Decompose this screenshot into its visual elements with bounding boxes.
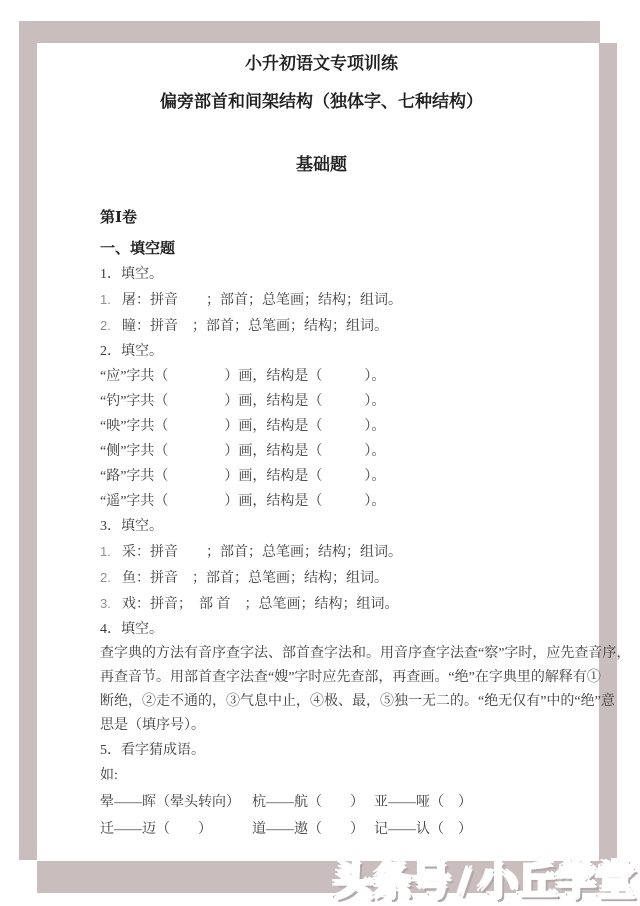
idiom-pair: 晕——晖（晕头转向）: [100, 795, 252, 810]
idiom-pair: 记——认（ ）: [374, 822, 543, 837]
q3-item-text: 戏：拼音； 部 首 ；总笔画；结构；组词。: [122, 597, 399, 612]
q3-item: 2.鱼：拼音 ；部首；总笔画；结构；组词。: [100, 570, 543, 586]
q3-item-number: 3.: [100, 596, 122, 611]
watermark-text: 头条号 / 小丘学堂: [333, 849, 634, 906]
q2-blank-line: “映”字共（ ）画，结构是（ ）。: [100, 419, 543, 434]
q5-idiom-row: 晕——晖（晕头转向） 杭——航（ ） 亚——哑（ ）: [100, 795, 543, 810]
q4-paragraph-line: 断绝，②走不通的，③气息中止，④极、最，⑤独一无二的。“绝无仅有”中的“绝”意: [100, 694, 543, 709]
doc-subtitle: 偏旁部首和间架结构（独体字、七种结构）: [100, 93, 543, 110]
worksheet-page: 小升初语文专项训练 偏旁部首和间架结构（独体字、七种结构） 基础题 第Ⅰ卷 一、…: [37, 43, 599, 861]
q1-item: 1.屠：拼音 ；部首；总笔画；结构；组词。: [100, 292, 543, 308]
q2-blank-line: “路”字共（ ）画，结构是（ ）。: [100, 469, 543, 484]
doc-title: 小升初语文专项训练: [100, 55, 543, 72]
q2-blank-line: “钓”字共（ ）画，结构是（ ）。: [100, 394, 543, 409]
q1-item-number: 1.: [100, 292, 122, 307]
q3-item-text: 采：拼音 ；部首；总笔画；结构；组词。: [122, 545, 402, 560]
idiom-pair: 杭——航（ ）: [252, 795, 374, 810]
idiom-pair: 道——遨（ ）: [252, 822, 374, 837]
q1-item-text: 瞳：拼音 ；部首；总笔画；结构；组词。: [122, 319, 388, 334]
q3-label: 3．填空。: [100, 519, 543, 534]
volume-label: 第Ⅰ卷: [100, 211, 543, 226]
q2-label: 2．填空。: [100, 344, 543, 359]
q1-item: 2.瞳：拼音 ；部首；总笔画；结构；组词。: [100, 318, 543, 334]
q3-item: 3.戏：拼音； 部 首 ；总笔画；结构；组词。: [100, 596, 543, 612]
section-heading: 基础题: [100, 156, 543, 173]
q1-item-number: 2.: [100, 318, 122, 333]
q5-example-label: 如:: [100, 768, 543, 783]
q4-paragraph-line: 再查音节。用部首查字法查“嫂”字时应先查部，再查画。“绝”在字典里的解释有①: [100, 670, 543, 685]
q1-label: 1．填空。: [100, 267, 543, 282]
q2-blank-line: “遥”字共（ ）画，结构是（ ）。: [100, 494, 543, 509]
q3-item-number: 2.: [100, 570, 122, 585]
question-section-heading: 一、填空题: [100, 242, 543, 257]
q3-item: 1.采：拼音 ；部首；总笔画；结构；组词。: [100, 544, 543, 560]
q3-item-text: 鱼：拼音 ；部首；总笔画；结构；组词。: [122, 571, 388, 586]
q3-item-number: 1.: [100, 544, 122, 559]
q2-blank-line: “应”字共（ ）画，结构是（ ）。: [100, 369, 543, 384]
q2-blank-line: “侧”字共（ ）画，结构是（ ）。: [100, 444, 543, 459]
q4-label: 4．填空。: [100, 622, 543, 637]
q5-label: 5．看字猜成语。: [100, 743, 543, 758]
q4-paragraph-line: 思是（填序号）。: [100, 718, 543, 733]
q1-item-text: 屠：拼音 ；部首；总笔画；结构；组词。: [122, 293, 402, 308]
q5-idiom-row: 迁——迈（ ） 道——遨（ ） 记——认（ ）: [100, 822, 543, 837]
q4-paragraph-line: 查字典的方法有音序查字法、部首查字法和。用音序查字法查“察”字时，应先查音序，: [100, 646, 543, 661]
idiom-pair: 亚——哑（ ）: [374, 795, 543, 810]
idiom-pair: 迁——迈（ ）: [100, 822, 252, 837]
